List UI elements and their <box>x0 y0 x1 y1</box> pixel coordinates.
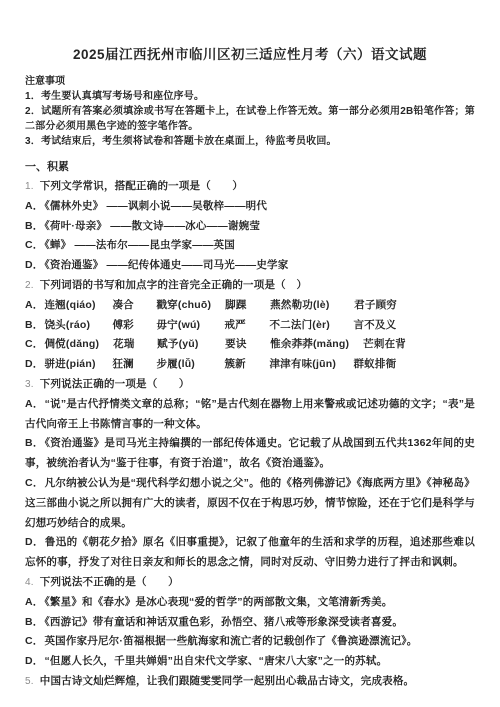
option-d: D．骈进(pián)狂澜步履(lǚ)簇新津津有味(jūn)群蚁排衙 <box>25 355 475 375</box>
option-text: 《西游记》带有童话和神话双重色彩，孙悟空、猪八戒等形象深受读者喜爱。 <box>44 616 403 628</box>
question-stem: 2.下列词语的书写和加点字的注音完全正确的一项是（ ） <box>25 276 475 296</box>
option-c: C．《蝉》 ——法布尔——昆虫学家——英国 <box>25 236 475 256</box>
option-label: D． <box>25 536 44 548</box>
option-text: 《资治通鉴》是司马光主持编撰的一部纪传体通史。它记载了从战国到五代共1362年间… <box>25 437 475 469</box>
question-number: 3. <box>25 379 34 390</box>
option-label: B． <box>25 220 43 232</box>
option-text: “但愿人长久，千里共婵娟”出自宋代文学家、“唐宋八大家”之一的苏轼。 <box>44 655 387 667</box>
option-label: A． <box>25 200 43 212</box>
word-term: 簇新 <box>224 355 255 375</box>
option-c: C．英国作家丹尼尔·笛福根据一些航海家和流亡者的记载创作了《鲁滨逊漂流记》。 <box>25 632 475 652</box>
question-stem-text: 下列文学常识，搭配正确的一项是（ ） <box>40 180 243 192</box>
question-number: 4. <box>25 577 34 588</box>
option-label: A． <box>25 596 43 608</box>
word-term: 言不及义 <box>353 316 396 336</box>
word-term: 群蚁排衙 <box>353 355 396 375</box>
word-term: 君子顾穷 <box>354 296 397 316</box>
option-b: B．饶头(ráo)傅彩毋宁(wú)戒严不二法门(èr)言不及义 <box>25 316 475 336</box>
option-label: B． <box>25 616 43 628</box>
word-term: 赋予(yǔ) <box>157 335 211 355</box>
option-b: B．《荷叶·母亲》 ——散文诗——冰心——谢婉莹 <box>25 217 475 237</box>
word-term: 步履(lǚ) <box>156 355 210 375</box>
word-term: 戒严 <box>224 316 255 336</box>
question-stem-text: 下列说法正确的一项是（ ） <box>40 378 190 390</box>
notice-item: 3．考试结束后，考生须将试卷和答题卡放在桌面上，待监考员收回。 <box>25 134 475 149</box>
option-text: 鲁迅的《朝花夕拾》原名《旧事重提》，记叙了他童年的生活和求学的历程，追述那些难以… <box>25 536 475 568</box>
notice-item: 2．试题所有答案必须填涂或书写在答题卡上，在试卷上作答无效。第一部分必须用2B铅… <box>25 104 475 134</box>
section-heading: 一、积累 <box>25 158 475 177</box>
question-stem: 5.中国古诗文灿烂辉煌，让我们跟随雯雯同学一起别出心裁品古诗文，完成表格。 <box>25 672 475 692</box>
option-text: 英国作家丹尼尔·笛福根据一些航海家和流亡者的记载创作了《鲁滨逊漂流记》。 <box>44 635 417 647</box>
question-number: 5. <box>25 676 34 687</box>
option-a: A．《繁星》和《春水》是冰心表现“爱的哲学”的两部散文集，文笔清新秀美。 <box>25 593 475 613</box>
option-text: 《蝉》 ——法布尔——昆虫学家——英国 <box>44 239 234 251</box>
option-text: 《繁星》和《春水》是冰心表现“爱的哲学”的两部散文集，文笔清新秀美。 <box>44 596 392 608</box>
option-label: A． <box>25 296 43 316</box>
word-term: 芒刺在背 <box>363 335 406 355</box>
option-text: 凡尔纳被公认为是“现代科学幻想小说之父”。他的《格列佛游记》《海底两方里》《神秘… <box>25 477 475 529</box>
option-label: C． <box>25 635 43 647</box>
word-term: 不二法门(èr) <box>269 316 339 336</box>
option-c: C．倜傥(dǎng)花瑞赋予(yǔ)要诀惟余莽莽(mǎng)芒刺在背 <box>25 335 475 355</box>
word-term: 要诀 <box>225 335 256 355</box>
notice-section: 注意事项 1．考生要认真填写考场号和座位序号。 2．试题所有答案必须填涂或书写在… <box>25 74 475 149</box>
word-term: 饶头(ráo) <box>44 316 98 336</box>
option-text: 《儒林外史》 ——讽刺小说——吴敬梓——明代 <box>44 200 267 212</box>
question-stem: 4.下列说法不正确的是（ ） <box>25 573 475 593</box>
paper-title: 2025届江西抚州市临川区初三适应性月考（六）语文试题 <box>25 46 475 63</box>
option-d: D．鲁迅的《朝花夕拾》原名《旧事重提》，记叙了他童年的生活和求学的历程，追述那些… <box>25 533 475 573</box>
question-1: 1.下列文学常识，搭配正确的一项是（ ） A．《儒林外史》 ——讽刺小说——吴敬… <box>25 177 475 276</box>
option-label: B． <box>25 437 44 449</box>
option-label: C． <box>25 335 43 355</box>
word-term: 毋宁(wú) <box>156 316 210 336</box>
word-term: 狂澜 <box>112 355 142 375</box>
question-stem-text: 中国古诗文灿烂辉煌，让我们跟随雯雯同学一起别出心裁品古诗文，完成表格。 <box>40 675 415 687</box>
word-term: 惟余莽莽(mǎng) <box>270 335 349 355</box>
word-term: 倜傥(dǎng) <box>44 335 99 355</box>
question-5: 5.中国古诗文灿烂辉煌，让我们跟随雯雯同学一起别出心裁品古诗文，完成表格。 <box>25 672 475 692</box>
word-term: 凑合 <box>112 296 142 316</box>
option-a: A．“说”是古代抒情类文章的总称；“铭”是古代刻在器物上用来警戒或记述功德的文字… <box>25 395 475 435</box>
option-text: “说”是古代抒情类文章的总称；“铭”是古代刻在器物上用来警戒或记述功德的文字；“… <box>25 398 475 430</box>
option-label: D． <box>25 655 43 667</box>
option-text: 《资治通鉴》 ——纪传体通史——司马光——史学家 <box>44 259 288 271</box>
question-stem-text: 下列说法不正确的是（ ） <box>40 576 179 588</box>
word-term: 燕然勒功(lè) <box>270 296 340 316</box>
option-label: D． <box>25 259 43 271</box>
word-term: 骈进(pián) <box>44 355 98 375</box>
option-c: C．凡尔纳被公认为是“现代科学幻想小说之父”。他的《格列佛游记》《海底两方里》《… <box>25 474 475 533</box>
option-d: D．“但愿人长久，千里共婵娟”出自宋代文学家、“唐宋八大家”之一的苏轼。 <box>25 652 475 672</box>
question-number: 1. <box>25 181 34 192</box>
question-stem-text: 下列词语的书写和加点字的注音完全正确的一项是（ ） <box>40 279 308 291</box>
option-a: A．连翘(qiáo)凑合戳穿(chuō)脚踝燕然勒功(lè)君子顾穷 <box>25 296 475 316</box>
word-term: 津津有味(jūn) <box>269 355 339 375</box>
option-label: A． <box>25 398 44 410</box>
word-term: 戳穿(chuō) <box>156 296 211 316</box>
option-label: C． <box>25 477 44 489</box>
option-b: B．《西游记》带有童话和神话双重色彩，孙悟空、猪八戒等形象深受读者喜爱。 <box>25 613 475 633</box>
question-number: 2. <box>25 280 34 291</box>
question-4: 4.下列说法不正确的是（ ） A．《繁星》和《春水》是冰心表现“爱的哲学”的两部… <box>25 573 475 672</box>
question-3: 3.下列说法正确的一项是（ ） A．“说”是古代抒情类文章的总称；“铭”是古代刻… <box>25 375 475 573</box>
option-a: A．《儒林外史》 ——讽刺小说——吴敬梓——明代 <box>25 197 475 217</box>
notice-heading: 注意事项 <box>25 74 475 89</box>
notice-item: 1．考生要认真填写考场号和座位序号。 <box>25 89 475 104</box>
exam-paper-page: 2025届江西抚州市临川区初三适应性月考（六）语文试题 注意事项 1．考生要认真… <box>0 0 500 692</box>
question-stem: 1.下列文学常识，搭配正确的一项是（ ） <box>25 177 475 197</box>
word-term: 傅彩 <box>112 316 142 336</box>
word-term: 脚踝 <box>225 296 256 316</box>
option-b: B．《资治通鉴》是司马光主持编撰的一部纪传体通史。它记载了从战国到五代共1362… <box>25 434 475 474</box>
word-term: 花瑞 <box>113 335 143 355</box>
word-term: 连翘(qiáo) <box>44 296 98 316</box>
option-label: D． <box>25 355 43 375</box>
question-2: 2.下列词语的书写和加点字的注音完全正确的一项是（ ） A．连翘(qiáo)凑合… <box>25 276 475 375</box>
option-text: 《荷叶·母亲》 ——散文诗——冰心——谢婉莹 <box>44 220 260 232</box>
option-d: D．《资治通鉴》 ——纪传体通史——司马光——史学家 <box>25 256 475 276</box>
question-stem: 3.下列说法正确的一项是（ ） <box>25 375 475 395</box>
option-label: B． <box>25 316 43 336</box>
option-label: C． <box>25 239 43 251</box>
